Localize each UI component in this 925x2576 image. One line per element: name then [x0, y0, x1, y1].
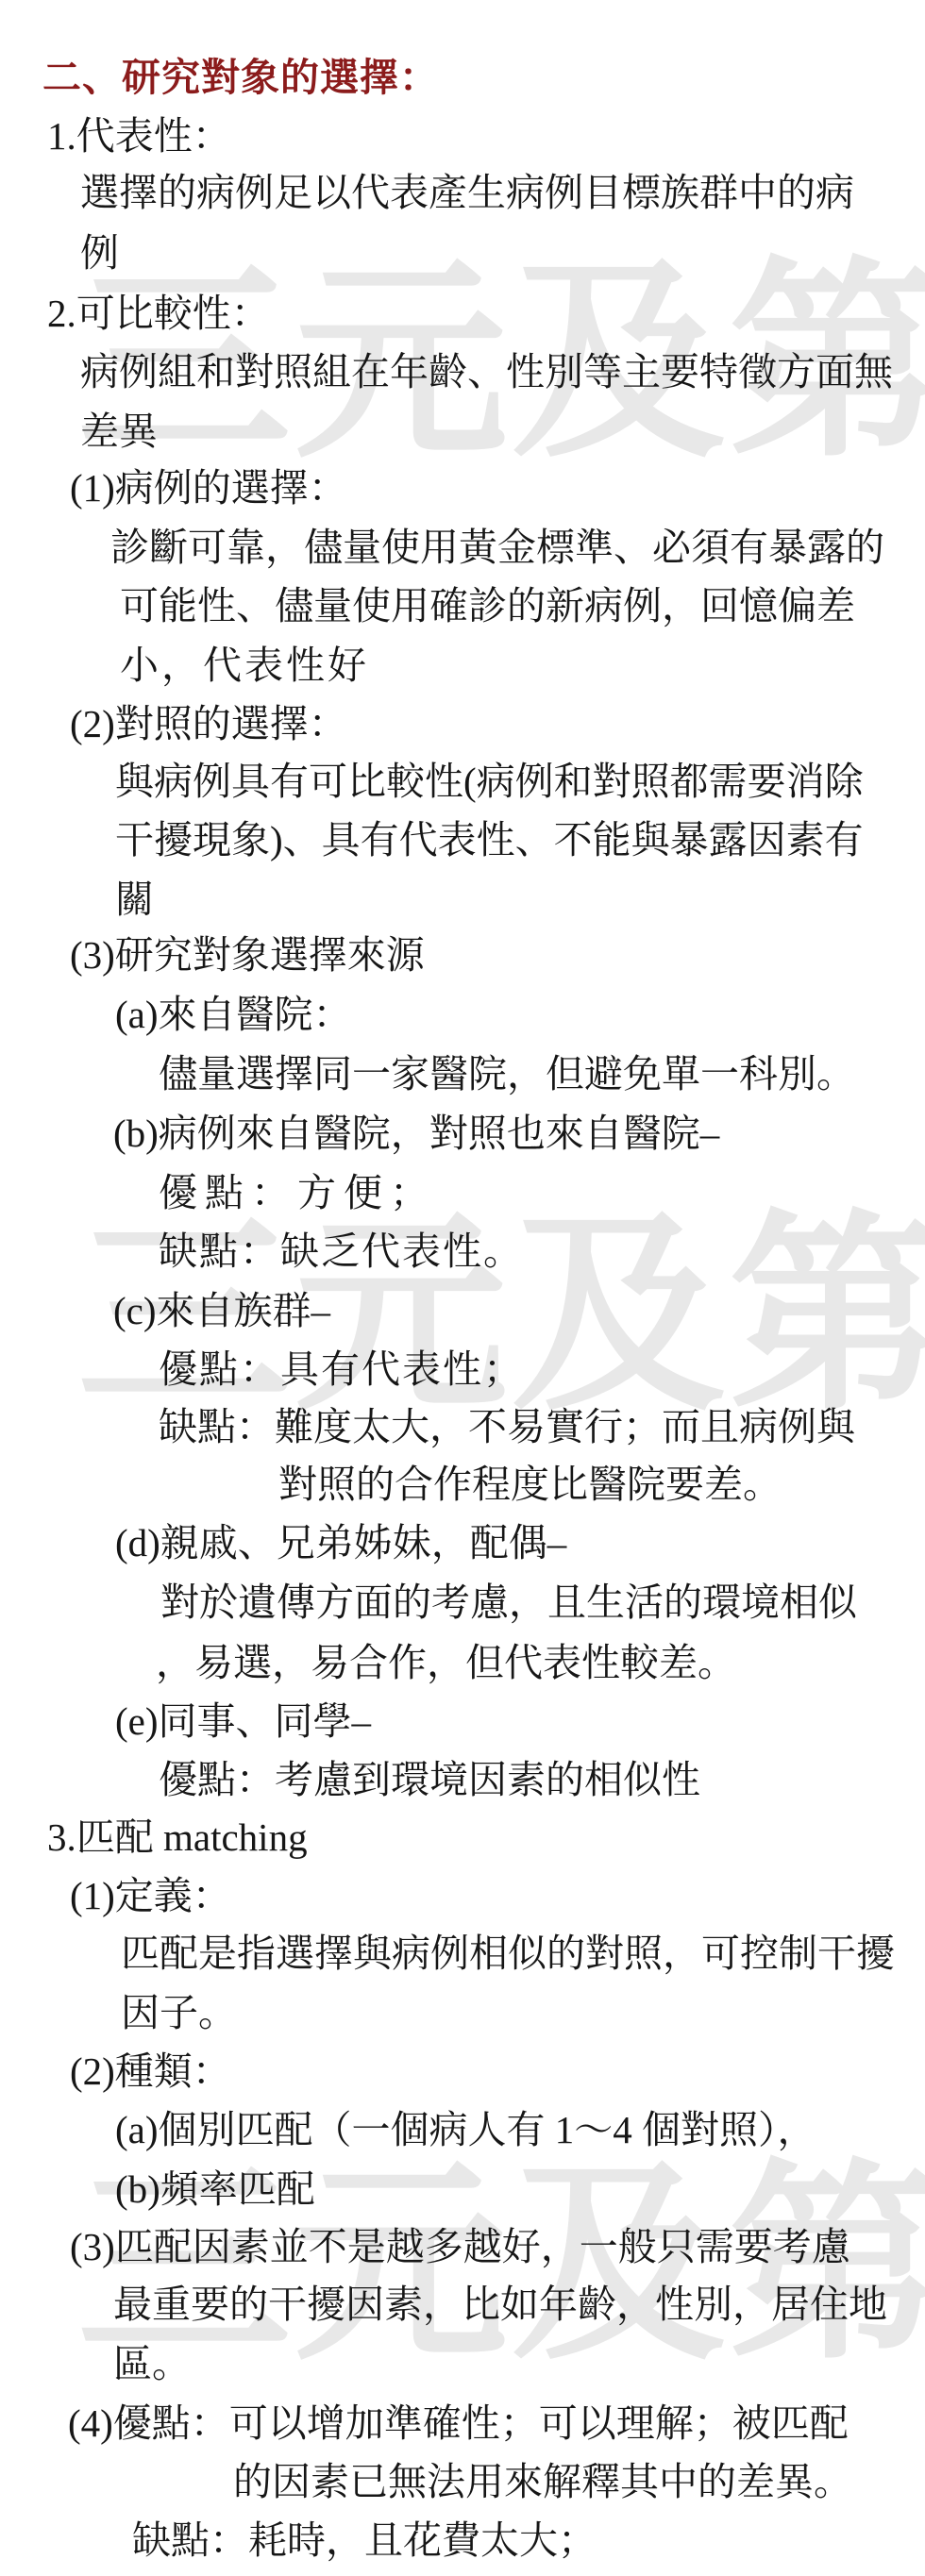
text-line: 對照的合作程度比醫院要差。: [278, 1464, 782, 1507]
text-line: 可能性、儘量使用確診的新病例，回憶偏差: [120, 585, 855, 628]
text-line: (3)研究對象選擇來源: [70, 934, 425, 978]
text-line: 選擇的病例足以代表產生病例目標族群中的病: [80, 172, 854, 215]
text-line: 缺點：缺乏代表性。: [159, 1230, 524, 1274]
text-line: 的因素已無法用來解釋其中的差異。: [233, 2461, 852, 2504]
text-line: 儘量選擇同一家醫院，但避免單一科別。: [159, 1053, 855, 1096]
text-line: (b)病例來自醫院，對照也來自醫院–: [113, 1112, 719, 1156]
text-line: 優點：方便；: [159, 1172, 436, 1215]
text-line: 診斷可靠，儘量使用黃金標準、必須有暴露的: [110, 527, 884, 570]
text-line: 因子。: [121, 1992, 237, 2035]
text-line: 最重要的干擾因素，比如年齡，性別，居住地: [113, 2283, 887, 2327]
text-line: 例: [80, 232, 119, 276]
text-line: 病例組和對照組在年齡、性別等主要特徵方面無: [80, 351, 893, 394]
document-text-layer: 二、研究對象的選擇：1.代表性：選擇的病例足以代表產生病例目標族群中的病例2.可…: [0, 0, 925, 2576]
text-line: 與病例具有可比較性(病例和對照都需要消除: [115, 761, 864, 804]
text-line: (b)頻率匹配: [115, 2168, 315, 2212]
text-line: 小，代表性好: [120, 644, 369, 688]
text-line: (3)匹配因素並不是越多越好，一般只需要考慮: [70, 2226, 850, 2269]
document-page: 三元及第三元及第三元及第 二、研究對象的選擇：1.代表性：選擇的病例足以代表產生…: [0, 0, 925, 2576]
text-line: 3.匹配 matching: [47, 1816, 308, 1860]
text-line: 優點：考慮到環境因素的相似性: [159, 1759, 700, 1802]
text-line: 對於遺傳方面的考慮，且生活的環境相似: [160, 1581, 857, 1625]
text-line: (1)定義：: [70, 1875, 231, 1918]
text-line: (4)優點：可以增加準確性；可以理解；被匹配: [68, 2402, 849, 2446]
text-line: (e)同事、同學–: [115, 1700, 371, 1744]
text-line: 關: [115, 878, 154, 922]
text-line: (2)種類：: [70, 2050, 231, 2094]
text-line: 1.代表性：: [47, 115, 231, 159]
text-line: 2.可比較性：: [47, 293, 270, 336]
text-line: 差異: [80, 410, 158, 454]
text-line: (a)來自醫院：: [115, 994, 352, 1037]
document-heading: 二、研究對象的選擇：: [42, 57, 439, 100]
text-line: (a)個別匹配（一個病人有 1～4 個對照），: [115, 2109, 816, 2152]
text-line: ，易選，易合作，但代表性較差。: [156, 1642, 736, 1685]
text-line: (1)病例的選擇：: [70, 467, 347, 510]
text-line: (d)親戚、兄弟姊妹，配偶–: [115, 1522, 566, 1565]
text-line: 缺點：難度太大，不易實行；而且病例與: [159, 1406, 855, 1449]
text-line: 缺點：耗時，且花費太大；: [132, 2519, 597, 2563]
text-line: 干擾現象)、具有代表性、不能與暴露因素有: [115, 819, 864, 862]
text-line: 優點：具有代表性；: [159, 1348, 524, 1392]
text-line: (2)對照的選擇：: [70, 703, 347, 746]
text-line: (c)來自族群–: [113, 1290, 330, 1333]
text-line: 匹配是指選擇與病例相似的對照，可控制干擾: [121, 1932, 895, 1976]
text-line: 區。: [113, 2343, 191, 2386]
